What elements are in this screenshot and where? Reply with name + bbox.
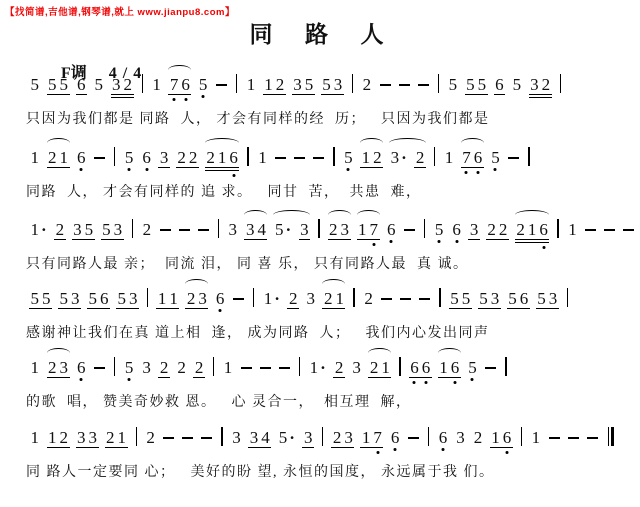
note: 5	[536, 290, 548, 307]
low-octave-dot	[505, 451, 508, 454]
held-beat-dash	[279, 367, 290, 369]
note-group: 55	[29, 290, 52, 307]
note: 6	[76, 359, 88, 376]
note-group: 3	[455, 429, 467, 446]
note: 1	[222, 359, 234, 376]
notation-line: 12365322211·232166165	[26, 357, 636, 379]
beam-underline	[193, 377, 205, 378]
low-octave-dot	[441, 448, 444, 451]
held-beat-dash	[163, 437, 174, 439]
low-octave-dot	[542, 246, 545, 249]
note: 2	[363, 290, 375, 307]
held-beat-dash	[94, 367, 105, 369]
note-group: 16	[490, 429, 513, 446]
note-group: 5	[343, 149, 355, 166]
held-beat-dash	[408, 437, 419, 439]
note: 2	[47, 359, 59, 376]
beam-underline	[360, 447, 383, 448]
barline	[528, 147, 529, 166]
note: 2	[515, 221, 527, 238]
beam-underline	[328, 239, 351, 240]
note: 2	[414, 149, 426, 166]
note-group: 5	[29, 76, 41, 93]
note: 3	[332, 76, 344, 93]
note: 3	[111, 76, 123, 93]
held-beat-dash	[568, 437, 579, 439]
note: 3	[292, 76, 304, 93]
beam-underline	[72, 239, 95, 240]
barline	[521, 427, 522, 446]
note-group: 16	[438, 359, 461, 376]
held-beat-dash	[275, 157, 286, 159]
note: 3	[87, 429, 99, 446]
note: 6	[99, 290, 111, 307]
held-beat-dash	[198, 229, 209, 231]
beam-underline	[47, 94, 70, 95]
low-octave-dot	[394, 448, 397, 451]
note-group: 6	[76, 76, 88, 93]
beam-underline	[529, 97, 552, 98]
note-group: 35	[72, 221, 95, 238]
note: 1	[443, 149, 455, 166]
note: 7	[372, 429, 384, 446]
note-group: 17	[360, 429, 383, 446]
note: 1	[116, 429, 128, 446]
note: 1	[530, 429, 542, 446]
beam-underline	[176, 167, 199, 168]
note: 2	[105, 429, 117, 446]
note-group: 17	[357, 221, 380, 238]
barline	[424, 219, 425, 238]
note: 2	[145, 429, 157, 446]
note-group: 6	[389, 429, 401, 446]
note-group: 2	[145, 429, 157, 446]
note: 3	[158, 149, 170, 166]
music-system: 112332123345·323176632161 同 路人一定要同 心； 美好…	[26, 427, 636, 481]
note-group: 5	[433, 221, 445, 238]
held-beat-dash	[604, 229, 615, 231]
note: 5	[93, 76, 105, 93]
note: 1	[245, 76, 257, 93]
held-beat-dash	[182, 437, 193, 439]
note-group: 1·	[308, 359, 327, 376]
slur-arc: 23	[325, 219, 354, 240]
note: 5	[29, 290, 41, 307]
note: 5	[511, 76, 523, 93]
held-beat-dash	[313, 157, 324, 159]
note: 2	[333, 359, 345, 376]
note-group: 2	[54, 221, 66, 238]
note: 3	[112, 221, 124, 238]
held-beat-dash	[160, 229, 171, 231]
barline	[236, 74, 237, 93]
low-octave-dot	[80, 378, 83, 381]
note: 3	[529, 76, 541, 93]
note-group: 35	[292, 76, 315, 93]
note-group: 32	[111, 76, 134, 93]
beam-underline	[54, 239, 66, 240]
note: 5	[83, 221, 95, 238]
slur-arc: 76	[165, 74, 194, 95]
low-octave-dot	[232, 174, 235, 177]
slur-arc: 76	[458, 147, 487, 168]
low-octave-dot	[465, 171, 468, 174]
note-group: 53	[478, 290, 501, 307]
beam-underline	[76, 447, 99, 448]
beam-underline	[468, 239, 480, 240]
note: 6	[386, 221, 398, 238]
music-system: 12165632221615123·21765 同路 人， 才会有同样的 追 求…	[26, 147, 636, 201]
note: 2	[486, 221, 498, 238]
beam-underline	[244, 239, 267, 240]
augmentation-dot: ·	[320, 359, 326, 376]
note: 1	[216, 149, 228, 166]
lyrics-line: 同 路人一定要同 心； 美好的盼 望, 永恒的国度， 永远属于我 们。	[26, 461, 636, 481]
low-octave-dot	[424, 381, 427, 384]
beam-underline	[357, 239, 380, 240]
music-system: 55565321765112355325556532 只因为我们都是 同路 人，…	[26, 74, 636, 128]
beam-underline	[368, 377, 391, 378]
note-group: 21	[47, 149, 70, 166]
note: 6	[180, 76, 192, 93]
note: 1	[29, 149, 41, 166]
beam-underline	[438, 377, 461, 378]
note: 2	[287, 290, 299, 307]
beam-underline	[536, 308, 559, 309]
note-group: 5	[447, 76, 459, 93]
note: 1	[438, 359, 450, 376]
note: 3	[58, 359, 70, 376]
barline	[567, 288, 568, 307]
beam-underline	[465, 94, 488, 95]
beam-underline	[105, 447, 128, 448]
held-beat-dash	[418, 84, 429, 86]
note-group: 1	[29, 149, 41, 166]
low-octave-dot	[128, 168, 131, 171]
note: 2	[274, 76, 286, 93]
note: 5	[449, 290, 461, 307]
note: 3	[302, 429, 314, 446]
note: 1	[29, 359, 41, 376]
music-system: 12365322211·232166165 的歌 唱， 赞美奇妙救 恩。 心 灵…	[26, 357, 636, 411]
low-octave-dot	[476, 171, 479, 174]
note: 5	[490, 149, 502, 166]
beam-underline	[156, 308, 179, 309]
slur-arc: 5·3	[270, 219, 313, 240]
notation-line: 1·2355323345·323176563222161	[26, 219, 636, 241]
note-group: 21	[105, 429, 128, 446]
note-group: 1	[245, 76, 257, 93]
note-group: 23	[331, 429, 354, 446]
note-group: 56	[507, 290, 530, 307]
note-group: 5	[93, 76, 105, 93]
note: 2	[158, 359, 170, 376]
held-beat-dash	[508, 157, 519, 159]
note: 2	[368, 359, 380, 376]
barline	[352, 74, 353, 93]
beam-underline	[494, 94, 506, 95]
held-beat-dash	[623, 229, 634, 231]
note: 1	[334, 290, 346, 307]
note: 5	[507, 290, 519, 307]
note-group: 23	[328, 221, 351, 238]
note: 6	[214, 290, 226, 307]
note-group: 53	[321, 76, 344, 93]
note: 5	[58, 290, 70, 307]
note: 6	[494, 76, 506, 93]
beam-underline	[205, 167, 240, 168]
note: 3	[248, 429, 260, 446]
note-group: 5·	[277, 429, 296, 446]
note: 6	[518, 290, 530, 307]
note-group: 53	[101, 221, 124, 238]
note-group: 66	[409, 359, 432, 376]
note-group: 2	[287, 290, 299, 307]
note-group: 216	[515, 221, 550, 238]
note: 1	[168, 290, 180, 307]
note: 1	[257, 149, 269, 166]
note-group: 2	[363, 290, 375, 307]
note-group: 12	[263, 76, 286, 93]
note: 2	[205, 149, 217, 166]
note-group: 22	[176, 149, 199, 166]
note: 3	[299, 221, 311, 238]
note-group: 1·	[262, 290, 281, 307]
held-beat-dash	[94, 157, 105, 159]
held-beat-dash	[585, 229, 596, 231]
note: 3	[343, 429, 355, 446]
note-group: 3	[305, 290, 317, 307]
notation-line: 112332123345·323176632161	[26, 427, 636, 449]
note: 3	[468, 221, 480, 238]
note-group: 6	[141, 149, 153, 166]
slur-arc: 216	[512, 219, 553, 240]
barline	[147, 288, 148, 307]
held-beat-dash	[400, 298, 411, 300]
note: 3	[128, 290, 140, 307]
music-system: 1·2355323345·323176563222161 只有同路人最 亲； 同…	[26, 219, 636, 273]
barline	[142, 74, 143, 93]
held-beat-dash	[587, 437, 598, 439]
note-group: 53	[536, 290, 559, 307]
held-beat-dash	[404, 229, 415, 231]
slur-arc: 3·2	[386, 147, 429, 168]
low-octave-dot	[453, 381, 456, 384]
barline	[438, 74, 439, 93]
note-group: 1	[530, 429, 542, 446]
slur-arc: 34	[241, 219, 270, 240]
barline	[253, 288, 254, 307]
beam-underline	[478, 308, 501, 309]
note: 2	[193, 359, 205, 376]
barline	[132, 219, 133, 238]
note-group: 6	[76, 149, 88, 166]
note: 2	[187, 149, 199, 166]
note-group: 1	[29, 359, 41, 376]
note: 5	[460, 290, 472, 307]
barline	[505, 357, 506, 376]
note: 6	[472, 149, 484, 166]
beam-underline	[299, 239, 311, 240]
note-group: 5	[123, 149, 135, 166]
barline	[557, 219, 558, 238]
note: 2	[328, 221, 340, 238]
notation-line: 55565321765112355325556532	[26, 74, 636, 96]
note: 3	[76, 429, 88, 446]
low-octave-dot	[347, 168, 350, 171]
note: 1	[58, 149, 70, 166]
note: 5	[116, 290, 128, 307]
beam-underline	[292, 94, 315, 95]
barline	[399, 357, 400, 376]
note: 3·	[389, 149, 408, 166]
barline	[247, 147, 248, 166]
beam-underline	[529, 94, 552, 95]
note: 2	[472, 429, 484, 446]
note: 3	[244, 221, 256, 238]
held-beat-dash	[485, 367, 496, 369]
note-group: 22	[486, 221, 509, 238]
held-beat-dash	[260, 367, 271, 369]
barline-thin	[608, 427, 609, 446]
augmentation-dot: ·	[289, 429, 295, 446]
augmentation-dot: ·	[401, 149, 407, 166]
held-beat-dash	[294, 157, 305, 159]
slur-arc: 17	[354, 219, 383, 240]
note: 1	[360, 149, 372, 166]
note: 5	[433, 221, 445, 238]
note-group: 3	[158, 149, 170, 166]
barline	[560, 74, 561, 93]
final-barline	[607, 427, 616, 448]
note-group: 6	[386, 221, 398, 238]
beam-underline	[248, 447, 271, 448]
note: 6	[389, 429, 401, 446]
note-group: 3	[141, 359, 153, 376]
note-group: 33	[76, 429, 99, 446]
augmentation-dot: ·	[41, 221, 47, 238]
note: 5	[321, 76, 333, 93]
note-group: 55	[449, 290, 472, 307]
note: 3	[489, 290, 501, 307]
note-group: 53	[58, 290, 81, 307]
beam-underline	[321, 94, 344, 95]
note: 1	[360, 429, 372, 446]
beam-underline	[185, 308, 208, 309]
note: 5	[476, 76, 488, 93]
note-group: 3	[227, 221, 239, 238]
note: 6	[449, 359, 461, 376]
barline	[136, 427, 137, 446]
beam-underline	[47, 377, 70, 378]
note: 5	[58, 76, 70, 93]
note-group: 76	[168, 76, 191, 93]
note-group: 34	[244, 221, 267, 238]
low-octave-dot	[413, 381, 416, 384]
barline	[221, 427, 222, 446]
note-group: 21	[322, 290, 345, 307]
beam-underline	[205, 170, 240, 171]
note-group: 1	[443, 149, 455, 166]
beam-underline	[333, 377, 345, 378]
low-octave-dot	[390, 240, 393, 243]
notation-line: 12165632221615123·21765	[26, 147, 636, 169]
note-group: 3	[231, 429, 243, 446]
note: 5	[197, 76, 209, 93]
held-beat-dash	[216, 84, 227, 86]
note: 5	[101, 221, 113, 238]
note-group: 1	[257, 149, 269, 166]
note: 5	[29, 76, 41, 93]
beam-underline	[47, 447, 70, 448]
note-group: 12	[360, 149, 383, 166]
slur-arc: 16	[435, 357, 464, 378]
note: 6	[409, 359, 421, 376]
barline	[333, 147, 334, 166]
slur-arc: 23	[44, 357, 73, 378]
note-group: 5·	[273, 221, 292, 238]
note: 6	[228, 149, 240, 166]
note: 1	[151, 76, 163, 93]
low-octave-dot	[184, 98, 187, 101]
note-group: 23	[47, 359, 70, 376]
note: 2	[54, 221, 66, 238]
beam-underline	[158, 377, 170, 378]
note: 2	[497, 221, 509, 238]
note-group: 6	[214, 290, 226, 307]
note: 2	[176, 149, 188, 166]
beam-underline	[168, 94, 191, 95]
low-octave-dot	[494, 168, 497, 171]
held-beat-dash	[549, 437, 560, 439]
note-group: 1	[151, 76, 163, 93]
lyrics-line: 同路 人， 才会有同样的 追 求。 同甘 苦， 共患 难，	[26, 181, 636, 201]
beam-underline	[360, 167, 383, 168]
note: 2	[47, 149, 59, 166]
beam-underline	[29, 308, 52, 309]
note-group: 3·	[389, 149, 408, 166]
note: 3	[305, 290, 317, 307]
beam-underline	[158, 167, 170, 168]
note-group: 56	[87, 290, 110, 307]
note-group: 1·	[29, 221, 48, 238]
note-group: 6	[494, 76, 506, 93]
augmentation-dot: ·	[285, 221, 291, 238]
beam-underline	[515, 239, 550, 240]
beam-underline	[47, 167, 70, 168]
note-group: 1	[222, 359, 234, 376]
low-octave-dot	[202, 95, 205, 98]
slur-arc: 21	[44, 147, 73, 168]
notation-line: 55535653112361·2321255535653	[26, 288, 636, 310]
barline	[114, 147, 115, 166]
beam-underline	[302, 447, 314, 448]
held-beat-dash	[381, 298, 392, 300]
beam-underline	[111, 94, 134, 95]
note-group: 55	[47, 76, 70, 93]
note: 1	[29, 429, 41, 446]
low-octave-dot	[173, 98, 176, 101]
low-octave-dot	[80, 168, 83, 171]
note-group: 2	[141, 221, 153, 238]
note-group: 5	[467, 359, 479, 376]
note-group: 6	[76, 359, 88, 376]
low-octave-dot	[438, 240, 441, 243]
note-group: 2	[361, 76, 373, 93]
note-group: 12	[47, 429, 70, 446]
low-octave-dot	[145, 168, 148, 171]
note: 5	[478, 290, 490, 307]
